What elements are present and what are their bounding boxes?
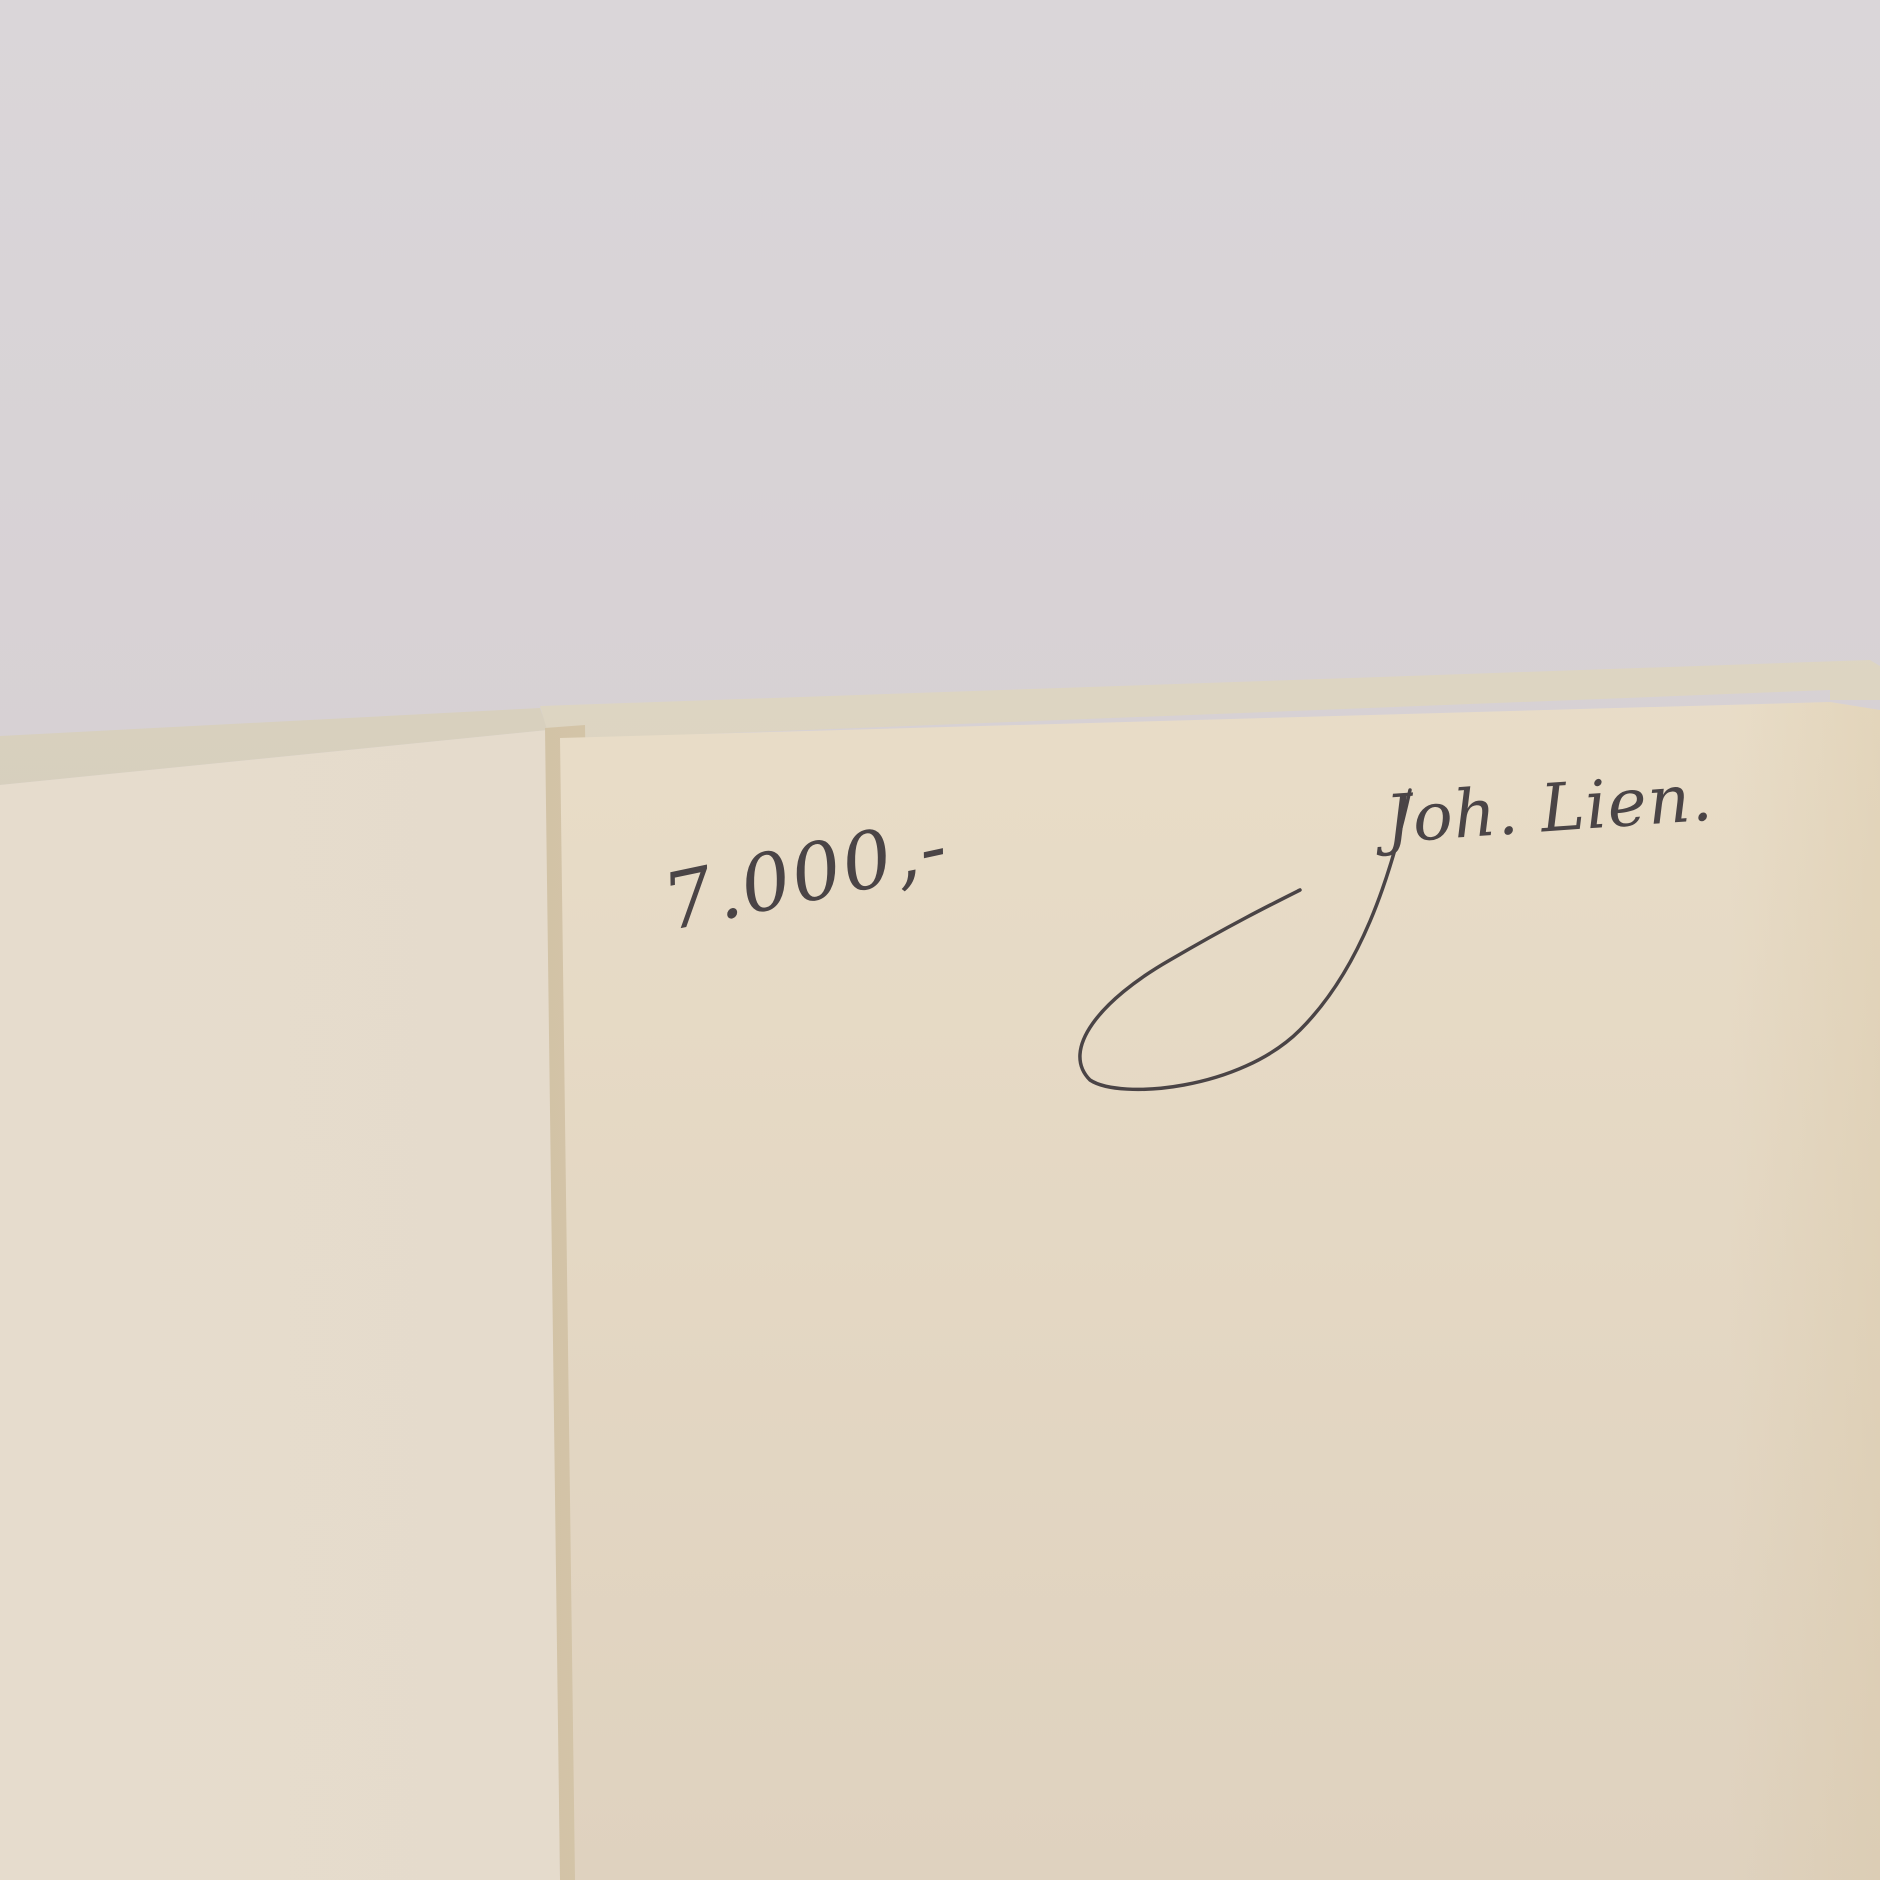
open-book: 7.000,- Joh. Lien. — [0, 0, 1880, 1880]
